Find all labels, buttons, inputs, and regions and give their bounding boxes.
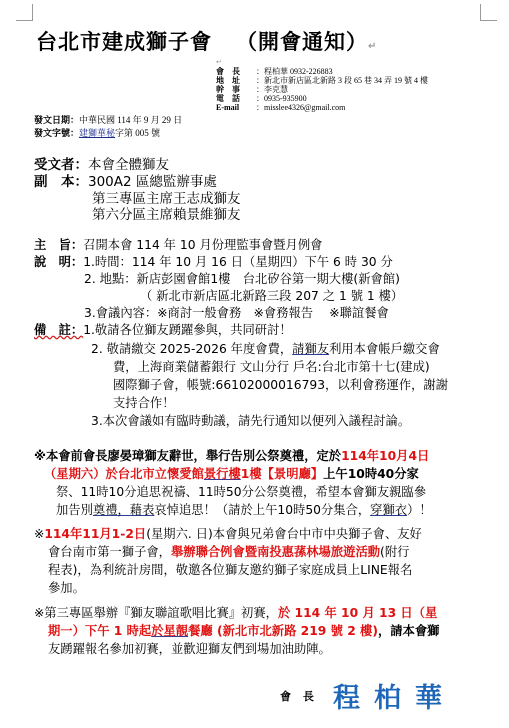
issue-number: 發文字號：建獅華秘字第 005 號 xyxy=(34,126,160,139)
trip-line-3: 程表)，為利統計房間，敬邀各位獅友邀約獅子家庭成員上LINE報名 xyxy=(48,560,412,578)
explain-2: 2. 地點：新店彭園會館1樓 台北矽谷第一期大樓(新會館) xyxy=(84,269,400,287)
signature-name: 程柏華 xyxy=(333,676,456,715)
memorial-line-1: ※本會前會長廖晏璋獅友辭世，舉行告別公祭奠禮，定於114年10月4日 xyxy=(34,446,429,464)
paragraph-mark-icon: ↵ xyxy=(368,41,377,52)
notes-2: 2. 敬請繳交 2025-2026 年度會費，請獅友利用本會帳戶繳交會 xyxy=(91,339,440,357)
cc-line-3: 第六分區主席賴景維獅友 xyxy=(92,203,241,223)
explain-3: 3.會議內容：※商討一般會務 ※會務報告 ※聯誼餐會 xyxy=(84,303,389,321)
trip-line-1: ※114年11月1-2日(星期六. 日)本會與兄弟會台中市中央獅子會、友好 xyxy=(34,524,422,542)
trip-line-2: 會台南市第一獅子會，舉辦聯合例會暨南投惠蓀林場旅遊活動(附行 xyxy=(48,542,409,560)
contest-line-3: 友踴躍報名參加初賽，並歡迎獅友們到場加油助陣。 xyxy=(48,639,331,657)
crop-mark-top-left xyxy=(16,4,33,21)
signature-label: 會 長 xyxy=(280,688,318,704)
contest-line-1: ※第三專區舉辦『獅友聯誼歌唱比賽』初賽，於 114 年 10 月 13 日（星 xyxy=(34,603,437,621)
info-address: 地 址：新北市新店區北新路 3 段 65 巷 34 弄 19 號 4 樓 xyxy=(216,76,428,85)
explain-2b: （ 新北市新店區北新路三段 207 之 1 號 1 樓） xyxy=(140,286,403,304)
notes-3: 3.本次會議如有臨時動議，請先行通知以便列入議程討論。 xyxy=(91,411,410,429)
subject: 主 旨：召開本會 114 年 10 月份理監事會暨月例會 xyxy=(34,235,322,253)
notes-2d: 國際獅子會，帳號:66102000016793，以利會務運作，謝謝 xyxy=(113,375,448,393)
title-org: 台北市建成獅子會 xyxy=(36,29,212,54)
crop-mark-top-right xyxy=(480,4,497,21)
info-phone: 電 話：0935-935900 xyxy=(216,94,428,103)
issue-number-link[interactable]: 建獅華秘 xyxy=(79,128,115,138)
trip-line-4: 參加。 xyxy=(48,578,85,596)
info-president: 會 長：程柏華 0932-226883 xyxy=(216,67,428,76)
title-type: （開會通知） xyxy=(236,29,368,54)
info-secretary: 幹 事：李克慧 xyxy=(216,85,428,94)
header-info-block: ↵ 會 長：程柏華 0932-226883 地 址：新北市新店區北新路 3 段 … xyxy=(216,58,428,112)
notes-1: 備 註：1.敬請各位獅友踴躍參與，共同研討！ xyxy=(34,320,292,338)
document-title: 台北市建成獅子會（開會通知）↵ xyxy=(36,26,377,56)
memorial-line-4: 加告別奠禮，藉表哀悼追思！（請於上午10時50分集合，穿獅衣）！ xyxy=(56,500,432,518)
notes-2e: 支持合作！ xyxy=(113,393,175,411)
notes-2c: 費，上海商業儲蓄銀行 文山分行 戶名:台北市第十七(建成) xyxy=(113,357,430,375)
explain-1: 說 明：1.時間：114 年 10 月 16 日（星期四）下午 6 時 30 分 xyxy=(34,252,393,270)
contest-line-2: 期一）下午 1 時起於星靚餐廳 (新北市北新路 219 號 2 樓)，請本會獅 xyxy=(48,621,439,639)
memorial-line-3: 祭、11時10分追思祝禱、11時50分公祭奠禮，希望本會獅友親臨參 xyxy=(56,482,426,500)
memorial-line-2: （星期六）於台北市立懷愛館景行樓1樓【景明廳】上午10時40分家 xyxy=(44,464,419,482)
paragraph-mark-icon: ↵ xyxy=(216,58,428,67)
issue-date: 發文日期：中華民國 114 年 9 月 29 日 xyxy=(34,113,182,126)
info-email: E-mail：misslee4326@gmail.com xyxy=(216,103,428,112)
